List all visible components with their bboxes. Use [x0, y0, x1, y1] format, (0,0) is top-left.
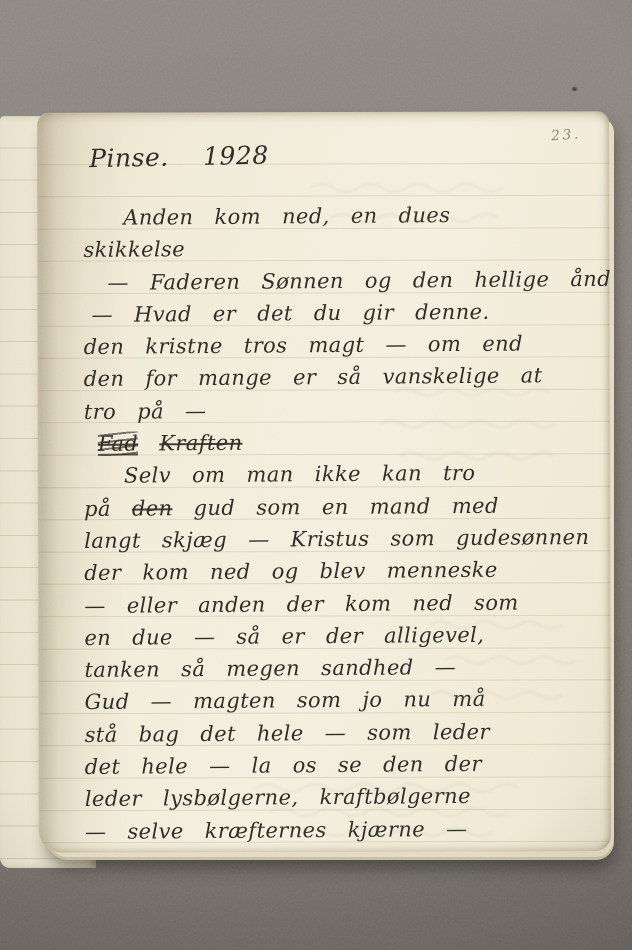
manuscript-line: Fad Kraften [84, 424, 596, 460]
manuscript-line: tro på — [84, 392, 596, 428]
manuscript-text: den kristne tros magt — om end [84, 332, 523, 359]
felt-speck [572, 87, 577, 91]
manuscript-text: leder lysbølgerne, kraftbølgerne [85, 784, 471, 811]
manuscript-line: tanken så megen sandhed — [84, 650, 596, 686]
manuscript-line: — Faderen Sønnen og den hellige ånd [83, 263, 595, 299]
manuscript-heading: Pinse. 1928 [89, 141, 269, 174]
manuscript-line: leder lysbølgerne, kraftbølgerne [85, 779, 597, 815]
manuscript-line: på den gud som en mand med [84, 489, 596, 525]
manuscript-text: Anden kom ned, en dues [123, 203, 450, 230]
manuscript-line: Anden kom ned, en dues [83, 198, 595, 234]
struck-word: Kraften [159, 431, 242, 456]
manuscript-line: den kristne tros magt — om end [84, 327, 596, 363]
manuscript-text: — Hvad er det du gir denne. [91, 300, 489, 327]
struck-word: den [132, 496, 173, 520]
manuscript-text: Gud — magten som jo nu må [84, 687, 485, 714]
manuscript-text: der kom ned og blev menneske [84, 558, 498, 585]
manuscript-line: Gud — magten som jo nu må [84, 682, 596, 718]
manuscript-text: — selve kræfternes kjærne — [85, 817, 468, 844]
manuscript-line: — eller anden der kom ned som [84, 586, 596, 622]
manuscript-text: en due — så er der alligevel, [84, 623, 484, 650]
notebook-page: 23. Pinse. 1928 Anden kom ned, en duessk… [37, 111, 611, 852]
manuscript-line: det hele — la os se den der [85, 747, 597, 783]
manuscript-line: langt skjæg — Kristus som gudesønnen [84, 521, 596, 557]
manuscript-text [138, 431, 159, 455]
manuscript-text: tanken så megen sandhed — [84, 655, 456, 682]
manuscript-text: den for mange er så vanskelige at [84, 364, 543, 392]
manuscript-line: — Hvad er det du gir denne. [83, 295, 595, 331]
manuscript-line: — selve kræfternes kjærne — [85, 812, 597, 848]
manuscript-text: gud som en mand med [172, 493, 498, 520]
manuscript-text: — eller anden der kom ned som [84, 590, 519, 617]
manuscript-text: stå bag det hele — som leder [85, 720, 490, 747]
manuscript-text: Selv om man ikke kan tro [124, 461, 476, 488]
manuscript-text: langt skjæg — Kristus som gudesønnen [84, 525, 589, 553]
manuscript-line: stå bag det hele — som leder [85, 715, 597, 751]
manuscript-line: skikkelse [83, 230, 595, 266]
manuscript-line: en due — så er der alligevel, [84, 618, 596, 654]
manuscript-text: på [84, 496, 132, 520]
manuscript-lines: Anden kom ned, en duesskikkelse— Faderen… [83, 199, 597, 846]
manuscript-text: det hele — la os se den der [85, 752, 482, 779]
manuscript-text: tro på — [84, 399, 207, 424]
manuscript-text: skikkelse [83, 237, 185, 262]
photograph-of-notebook: 23. Pinse. 1928 Anden kom ned, en duessk… [0, 0, 632, 950]
manuscript-line: der kom ned og blev menneske [84, 553, 596, 589]
page-number: 23. [551, 126, 582, 144]
manuscript-line: den for mange er så vanskelige at [84, 359, 596, 395]
struck-word: Fad [98, 432, 138, 456]
manuscript-text: — Faderen Sønnen og den hellige ånd [107, 266, 611, 294]
manuscript-line: Selv om man ikke kan tro [84, 456, 596, 492]
